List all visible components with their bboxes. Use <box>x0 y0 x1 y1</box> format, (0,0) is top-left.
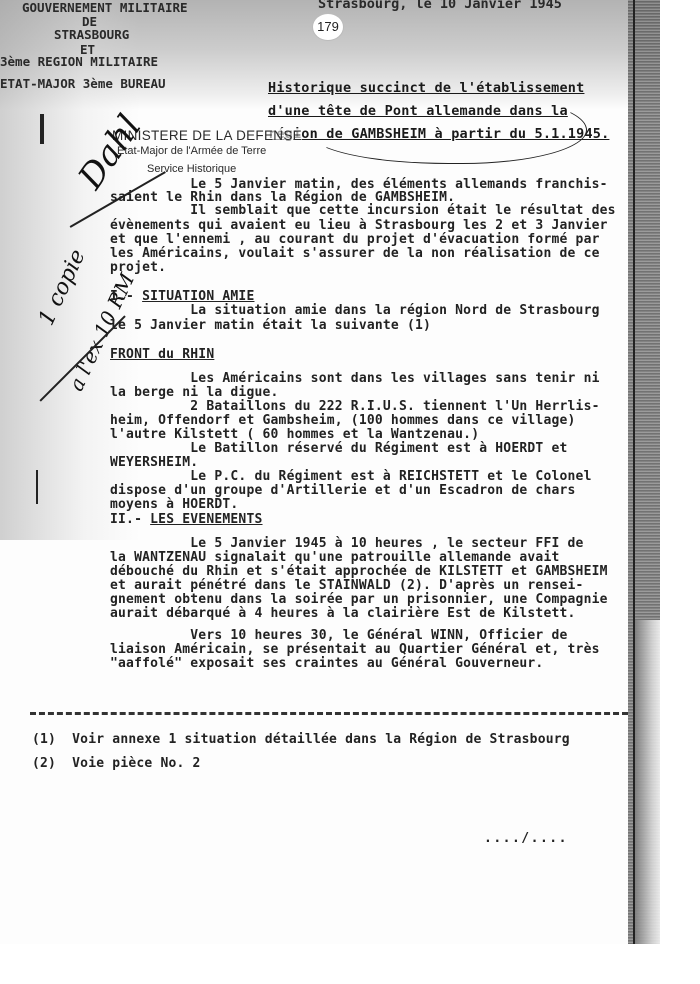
footnote: (2) Voie pièce No. 2 <box>32 757 201 771</box>
text-line: les Américains, voulait s'assurer de la … <box>110 247 600 261</box>
text-line: débouché du Rhin et s'était approchée de… <box>110 565 608 579</box>
text-line: Vers 10 heures 30, le Général WINN, Offi… <box>110 629 568 643</box>
footnote-separator <box>30 712 628 715</box>
page-edge-line <box>633 0 635 944</box>
title-line: Historique succinct de l'établissement <box>268 80 584 96</box>
handwritten-loop-mark <box>310 96 587 164</box>
margin-bracket-mark <box>40 114 44 144</box>
text-line: liaison Américain, se présentait au Quar… <box>110 643 600 657</box>
text-line: et aurait pénétré dans le STAINWALD (2).… <box>110 579 584 593</box>
text-line: aurait débarqué à 4 heures à la clairièr… <box>110 607 576 621</box>
footnote: (1) Voir annexe 1 situation détaillée da… <box>32 733 570 747</box>
section-number: I.- <box>110 289 142 304</box>
text-line: gnement obtenu dans la soirée par un pri… <box>110 593 608 607</box>
footnote-marker: (2) <box>32 756 56 771</box>
text-line: dispose d'un groupe d'Artillerie et d'un… <box>110 484 576 498</box>
header-line: STRASBOURG <box>54 27 129 42</box>
section-title: SITUATION AMIE <box>142 289 254 304</box>
section-title: LES EVENEMENTS <box>150 512 262 527</box>
text-line: la berge ni la digue. <box>110 386 279 400</box>
footnote-text: Voie pièce No. 2 <box>72 756 200 771</box>
text-line: Le P.C. du Régiment est à REICHSTETT et … <box>110 470 592 484</box>
text-line: "aaffolé" exposait ses craintes au Génér… <box>110 657 543 671</box>
footnote-marker: (1) <box>32 732 56 747</box>
text-line: Le Batillon réservé du Régiment est à HO… <box>110 442 568 456</box>
text-line: Les Américains sont dans les villages sa… <box>110 372 600 386</box>
text-line: WEYERSHEIM. <box>110 456 198 470</box>
header-line: GOUVERNEMENT MILITAIRE <box>22 0 188 15</box>
bottom-margin <box>0 944 700 984</box>
header-line: ETAT-MAJOR 3ème BUREAU <box>0 76 166 91</box>
text-line: le 5 Janvier matin était la suivante (1) <box>110 319 431 333</box>
stamp-staff: Etat-Major de l'Armée de Terre <box>117 145 266 157</box>
section-heading: I.- SITUATION AMIE <box>110 290 254 304</box>
text-line: projet. <box>110 261 166 275</box>
section-number: II.- <box>110 512 150 527</box>
text-line: Le 5 Janvier 1945 à 10 heures , le secte… <box>110 537 584 551</box>
text-line: la WANTZENAU signalait qu'une patrouille… <box>110 551 560 565</box>
header-line: 3ème REGION MILITAIRE <box>0 54 158 69</box>
text-line: Il semblait que cette incursion était le… <box>110 204 616 218</box>
text-line: heim, Offendorf et Gambsheim, (100 homme… <box>110 414 576 428</box>
continuation-mark: ..../.... <box>484 832 568 846</box>
outer-margin <box>660 0 700 944</box>
photocopy-edge-shadow-lower <box>634 620 660 944</box>
text-line: l'autre Kilstett ( 60 hommes et la Wantz… <box>110 428 479 442</box>
section-heading: II.- LES EVENEMENTS <box>110 513 263 527</box>
margin-bracket-mark <box>36 470 38 504</box>
text-line: moyens à HOERDT. <box>110 498 238 512</box>
subsection-title: FRONT du RHIN <box>110 348 214 362</box>
text-line: 2 Bataillons du 222 R.I.U.S. tiennent l'… <box>110 400 600 414</box>
place-date: Strasbourg, le 10 Janvier 1945 <box>318 0 562 12</box>
text-line: et que l'ennemi , au courant du projet d… <box>110 233 600 247</box>
text-line: La situation amie dans la région Nord de… <box>110 304 600 318</box>
footnote-text: Voir annexe 1 situation détaillée dans l… <box>72 732 570 747</box>
page-number-badge: 179 <box>312 13 344 41</box>
text-line: évènements qui avaient eu lieu à Strasbo… <box>110 219 608 233</box>
